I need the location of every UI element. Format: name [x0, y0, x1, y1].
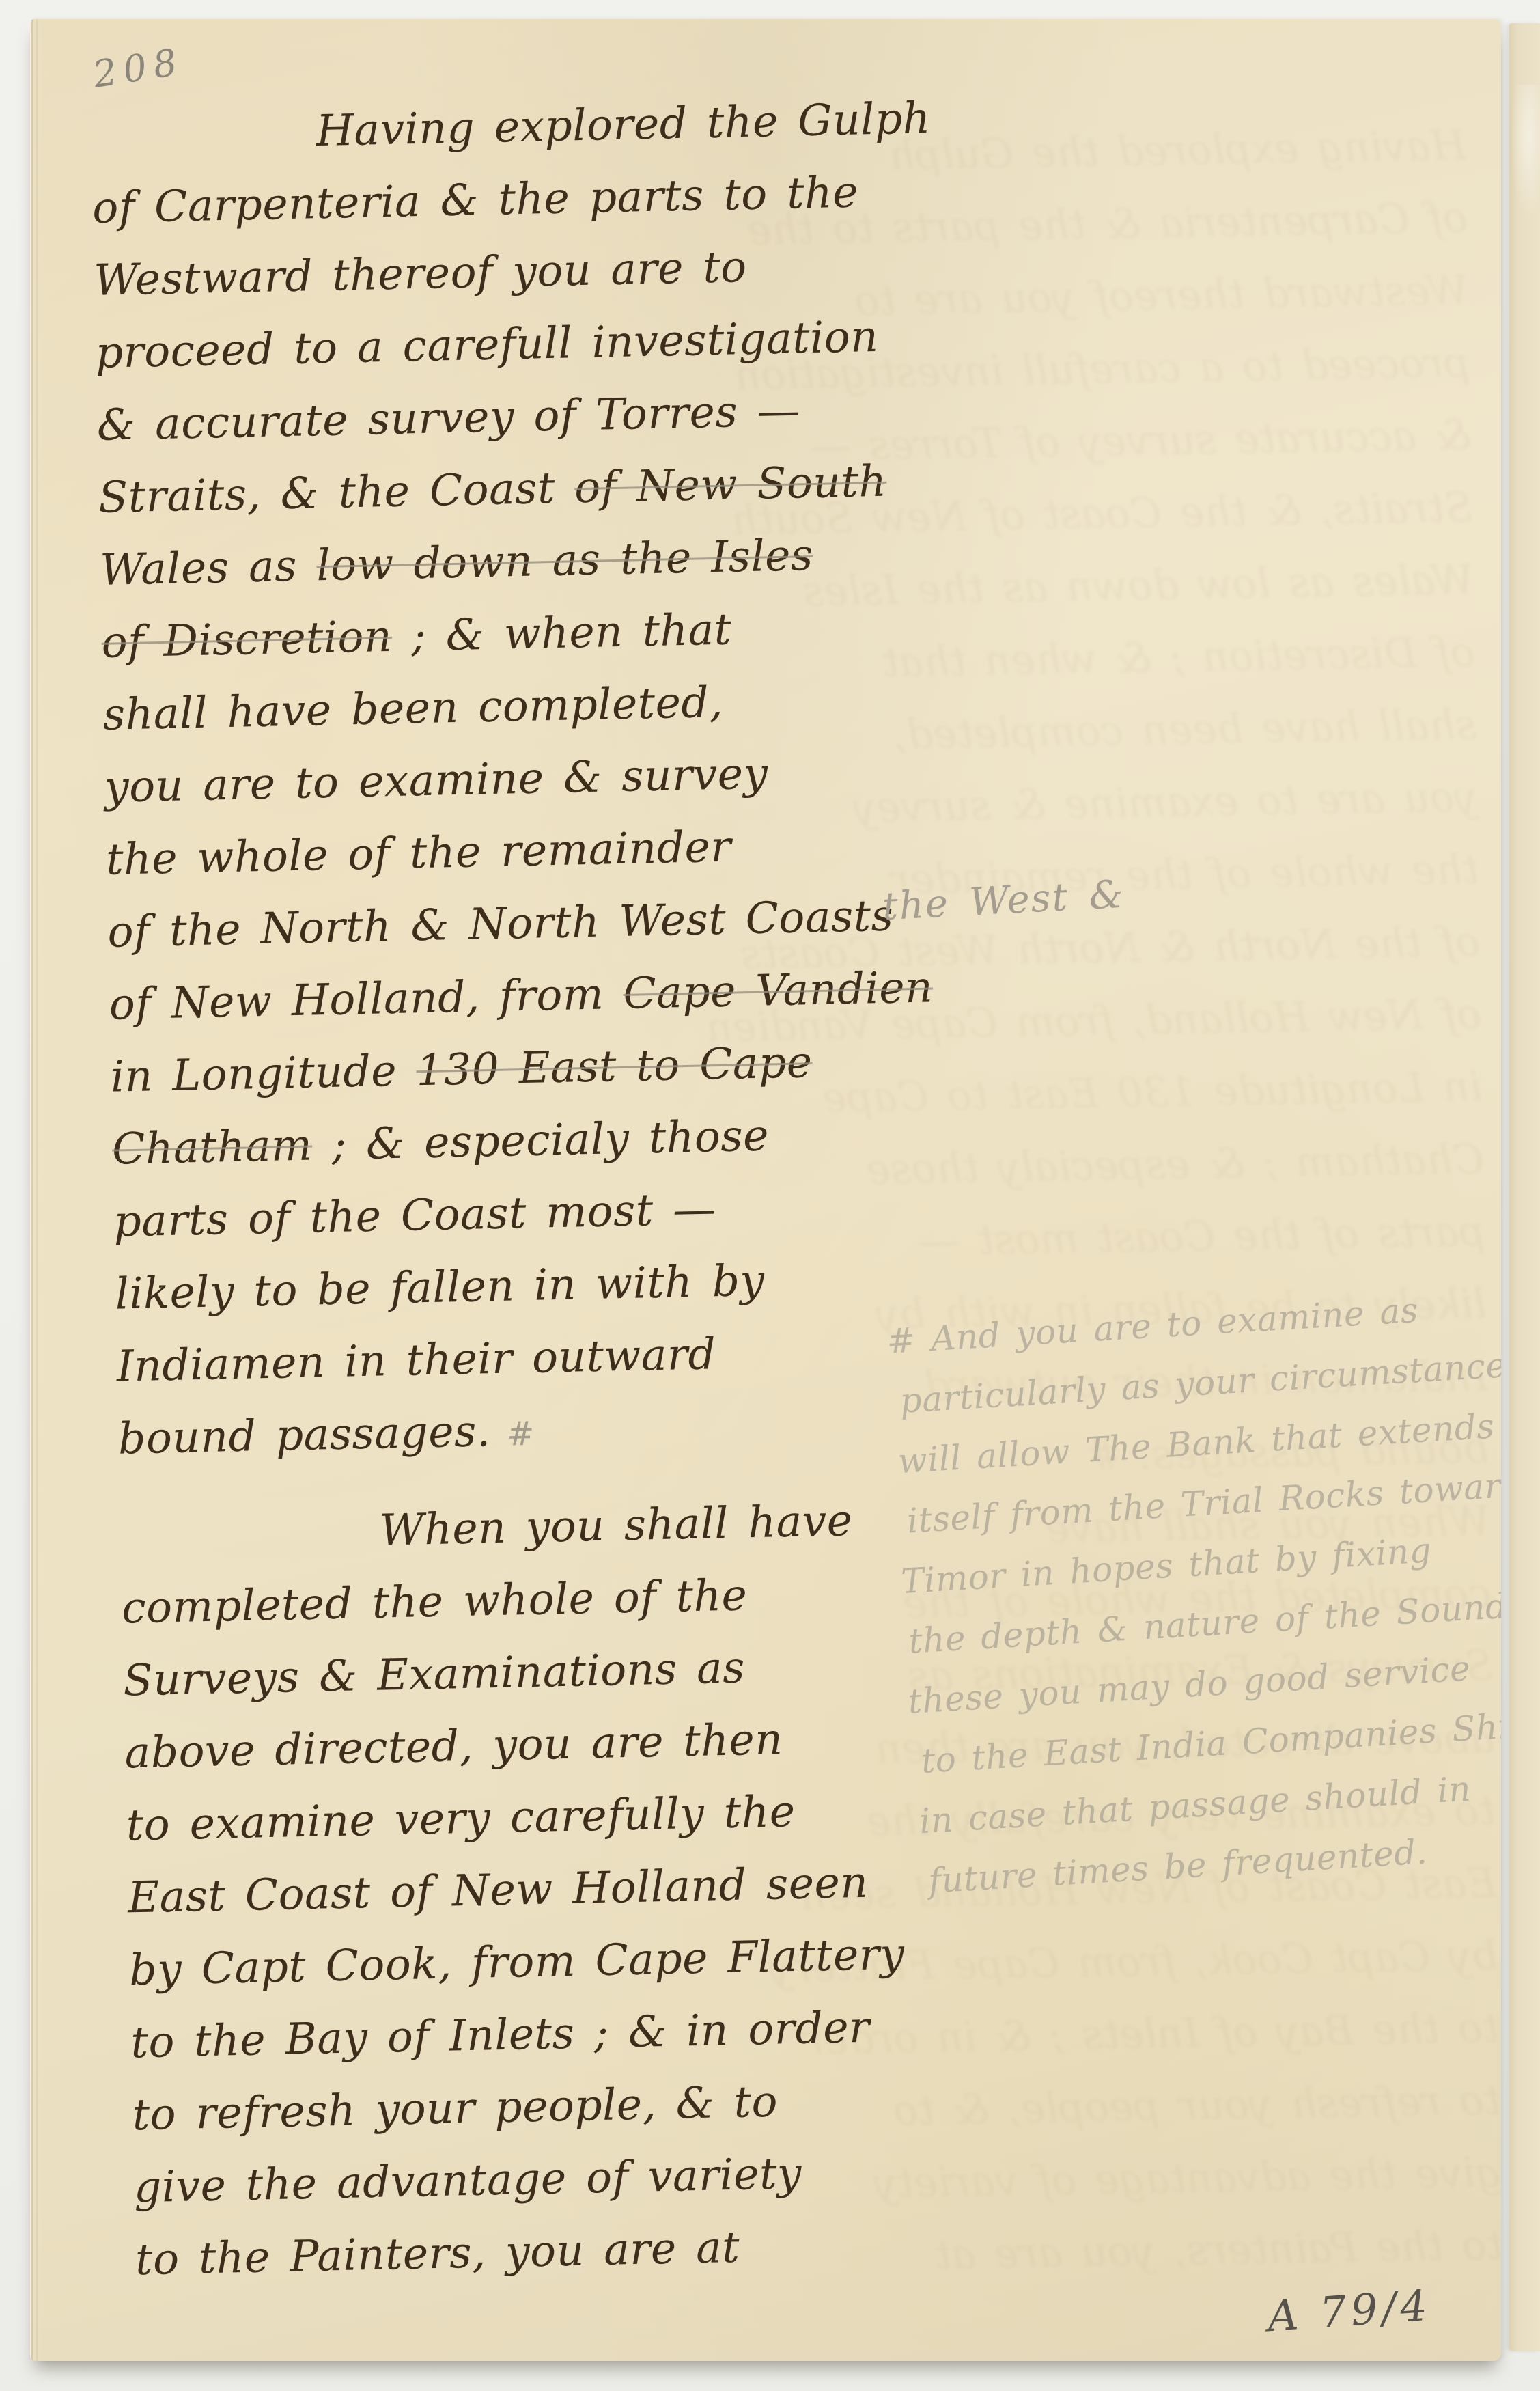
ink-text: likely to be fallen in with by [115, 1256, 765, 1319]
ink-text: bound passages. [117, 1406, 491, 1463]
ink-text: Wales as [100, 540, 318, 595]
pencil-struck-text: 130 East to Cape [416, 1037, 813, 1095]
pencil-hash-mark: # [490, 1415, 535, 1454]
ink-text: above directed, you are then [124, 1714, 783, 1778]
ink-text: of Carpenteria & the parts to the [92, 167, 859, 232]
pencil-struck-text: low down as the Isles [316, 530, 814, 590]
ink-text: by Capt Cook, from Cape Flattery [129, 1929, 906, 1995]
ink-text: of the North & North West Coasts [107, 891, 894, 957]
archival-reference: A 79/4 [1266, 2280, 1433, 2342]
folio-number: 208 [90, 40, 186, 96]
ink-text: Indiamen in their outward [116, 1329, 716, 1391]
ink-text: shall have been completed, [102, 677, 723, 740]
ink-text: ; & when that [391, 605, 732, 661]
pencil-marginal-note: # And you are to examine asparticularly … [885, 1269, 1501, 1911]
pencil-struck-text: of Discretion [101, 611, 393, 667]
adjacent-page-edge [1509, 23, 1540, 2351]
manuscript-line: Having explored the Gulph [316, 83, 884, 167]
ink-text: Westward thereof you are to [94, 242, 748, 305]
ink-text: to the Painters, you are at [135, 2222, 740, 2285]
ink-text: you are to examine & survey [104, 748, 768, 812]
ink-text: & accurate survey of Torres — [96, 385, 801, 450]
ink-text: to refresh your people, & to [132, 2077, 779, 2140]
manuscript-text-block: Having explored the Gulphof Carpenteria … [90, 83, 928, 2297]
ink-text: ; & especialy those [311, 1111, 769, 1170]
glue-patch [1512, 85, 1540, 215]
ink-text: Straits, & the Coast [98, 462, 575, 523]
ink-text: When you shall have [379, 1495, 853, 1555]
pencil-struck-text: Chatham [111, 1120, 312, 1174]
ink-text: of New Holland, from [109, 969, 624, 1029]
photograph-background: Having explored the Gulphof Carpenteria … [0, 0, 1540, 2391]
ink-text: completed the whole of the [121, 1570, 748, 1633]
manuscript-line: When you shall have [379, 1483, 913, 1566]
page-stack-edge [30, 19, 42, 2361]
ink-text: Having explored the Gulph [316, 93, 931, 156]
pencil-struck-text: Cape Vandien [623, 962, 934, 1018]
manuscript-page: Having explored the Gulphof Carpenteria … [30, 19, 1501, 2361]
ink-text: proceed to a carefull investigation [95, 312, 879, 378]
ink-text: Surveys & Examinations as [123, 1642, 746, 1705]
ink-text: give the advantage of variety [133, 2148, 802, 2212]
ink-text: in Longitude [110, 1045, 417, 1101]
ink-text: the whole of the remainder [106, 822, 732, 885]
ink-text: parts of the Coast most — [113, 1184, 717, 1246]
pencil-struck-text: of New South [574, 456, 887, 513]
ink-text: to examine very carefully the [126, 1786, 796, 1851]
ink-text: to the Bay of Inlets ; & in order [130, 2002, 870, 2068]
pencil-side-note: the West & [882, 872, 1125, 929]
ink-text: East Coast of New Holland seen [127, 1857, 869, 1923]
